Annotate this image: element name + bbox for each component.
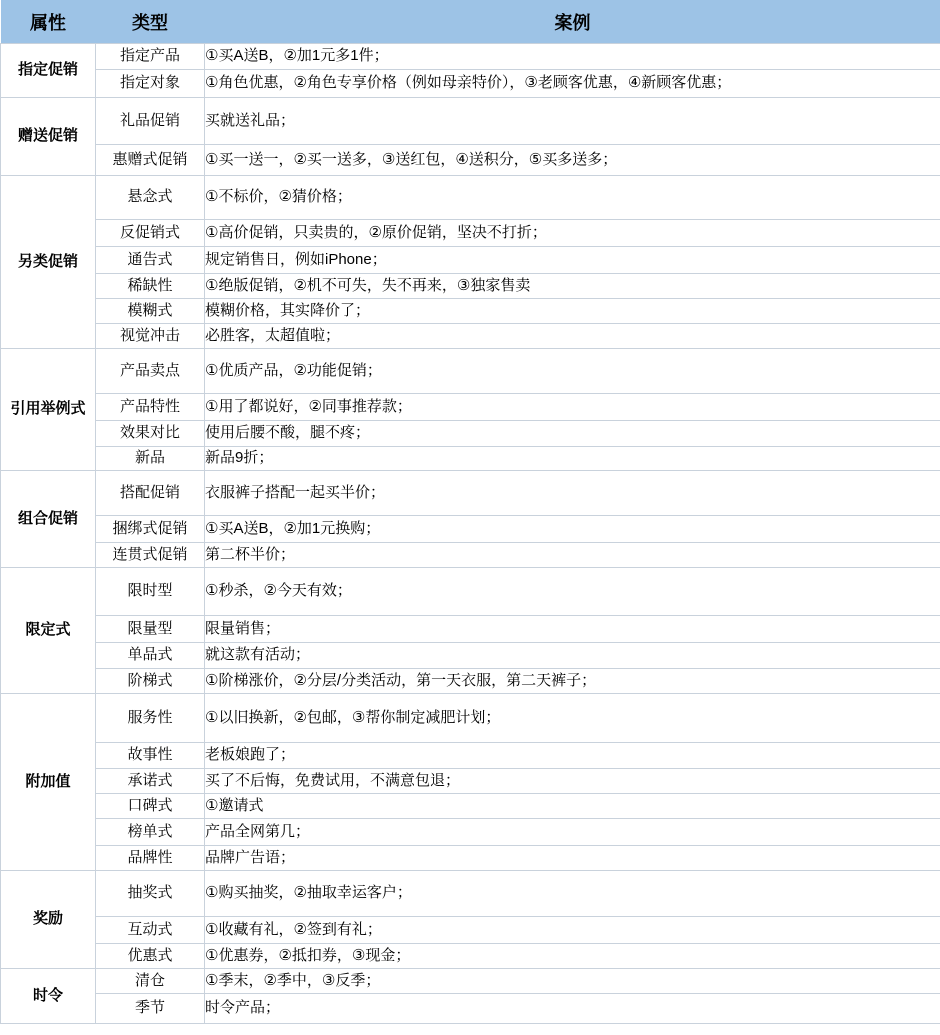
table-row: 惠赠式促销①买一送一，②买一送多，③送红包，④送积分，⑤买多送多； [1, 145, 940, 176]
type-cell: 连贯式促销 [96, 543, 205, 568]
case-cell: 新品9折； [205, 447, 940, 471]
case-cell: ①优质产品，②功能促销； [205, 349, 940, 394]
table-row: 另类促销悬念式①不标价，②猜价格； [1, 176, 940, 220]
case-cell: ①用了都说好，②同事推荐款； [205, 394, 940, 421]
attribute-cell: 奖励 [1, 871, 96, 969]
type-cell: 清仓 [96, 969, 205, 994]
case-cell: 使用后腰不酸，腿不疼； [205, 421, 940, 447]
table-row: 指定对象①角色优惠，②角色专享价格（例如母亲特价），③老顾客优惠，④新顾客优惠； [1, 70, 940, 98]
case-cell: ①绝版促销，②机不可失，失不再来，③独家售卖 [205, 274, 940, 299]
attribute-cell: 限定式 [1, 568, 96, 694]
case-cell: 规定销售日，例如iPhone； [205, 247, 940, 274]
table-row: 新品新品9折； [1, 447, 940, 471]
attribute-cell: 组合促销 [1, 471, 96, 568]
type-cell: 效果对比 [96, 421, 205, 447]
table-row: 引用举例式产品卖点①优质产品，②功能促销； [1, 349, 940, 394]
case-cell: 必胜客，太超值啦； [205, 324, 940, 349]
table-row: 视觉冲击必胜客，太超值啦； [1, 324, 940, 349]
case-cell: ①收藏有礼，②签到有礼； [205, 917, 940, 944]
type-cell: 榜单式 [96, 819, 205, 846]
case-cell: ①以旧换新，②包邮，③帮你制定减肥计划； [205, 694, 940, 743]
table-row: 稀缺性①绝版促销，②机不可失，失不再来，③独家售卖 [1, 274, 940, 299]
table-row: 产品特性①用了都说好，②同事推荐款； [1, 394, 940, 421]
type-cell: 产品特性 [96, 394, 205, 421]
table-row: 附加值服务性①以旧换新，②包邮，③帮你制定减肥计划； [1, 694, 940, 743]
table-row: 通告式规定销售日，例如iPhone； [1, 247, 940, 274]
table-row: 捆绑式促销①买A送B，②加1元换购； [1, 516, 940, 543]
attribute-cell: 另类促销 [1, 176, 96, 349]
table-row: 效果对比使用后腰不酸，腿不疼； [1, 421, 940, 447]
table-row: 奖励抽奖式①购买抽奖，②抽取幸运客户； [1, 871, 940, 917]
case-cell: ①角色优惠，②角色专享价格（例如母亲特价），③老顾客优惠，④新顾客优惠； [205, 70, 940, 98]
table-row: 限量型限量销售； [1, 616, 940, 643]
type-cell: 惠赠式促销 [96, 145, 205, 176]
type-cell: 指定产品 [96, 44, 205, 70]
case-cell: ①高价促销，只卖贵的，②原价促销，坚决不打折； [205, 220, 940, 247]
type-cell: 捆绑式促销 [96, 516, 205, 543]
type-cell: 承诺式 [96, 769, 205, 794]
case-cell: 衣服裤子搭配一起买半价； [205, 471, 940, 516]
table-row: 指定促销指定产品①买A送B，②加1元多1件； [1, 44, 940, 70]
column-header-attribute: 属性 [1, 0, 96, 44]
case-cell: 买就送礼品； [205, 98, 940, 145]
type-cell: 稀缺性 [96, 274, 205, 299]
type-cell: 故事性 [96, 743, 205, 769]
type-cell: 反促销式 [96, 220, 205, 247]
table-row: 口碑式①邀请式 [1, 794, 940, 819]
attribute-cell: 指定促销 [1, 44, 96, 98]
table-row: 组合促销搭配促销衣服裤子搭配一起买半价； [1, 471, 940, 516]
attribute-cell: 时令 [1, 969, 96, 1024]
table-row: 限定式限时型①秒杀，②今天有效； [1, 568, 940, 616]
promotion-table-page: 属性 类型 案例 指定促销指定产品①买A送B，②加1元多1件；指定对象①角色优惠… [0, 0, 940, 1035]
table-row: 榜单式产品全网第几； [1, 819, 940, 846]
type-cell: 礼品促销 [96, 98, 205, 145]
case-cell: ①购买抽奖，②抽取幸运客户； [205, 871, 940, 917]
table-row: 连贯式促销第二杯半价； [1, 543, 940, 568]
case-cell: 老板娘跑了； [205, 743, 940, 769]
table-row: 季节时令产品； [1, 994, 940, 1024]
table-row: 模糊式模糊价格，其实降价了； [1, 299, 940, 324]
column-header-type: 类型 [96, 0, 205, 44]
type-cell: 服务性 [96, 694, 205, 743]
attribute-cell: 引用举例式 [1, 349, 96, 471]
header-row: 属性 类型 案例 [1, 0, 940, 44]
type-cell: 新品 [96, 447, 205, 471]
type-cell: 模糊式 [96, 299, 205, 324]
type-cell: 抽奖式 [96, 871, 205, 917]
case-cell: ①季末，②季中，③反季； [205, 969, 940, 994]
case-cell: ①邀请式 [205, 794, 940, 819]
case-cell: 买了不后悔，免费试用，不满意包退； [205, 769, 940, 794]
table-row: 故事性老板娘跑了； [1, 743, 940, 769]
type-cell: 口碑式 [96, 794, 205, 819]
type-cell: 通告式 [96, 247, 205, 274]
type-cell: 优惠式 [96, 944, 205, 969]
type-cell: 单品式 [96, 643, 205, 669]
case-cell: ①买A送B，②加1元多1件； [205, 44, 940, 70]
table-row: 时令清仓①季末，②季中，③反季； [1, 969, 940, 994]
case-cell: 产品全网第几； [205, 819, 940, 846]
column-header-case: 案例 [205, 0, 940, 44]
type-cell: 互动式 [96, 917, 205, 944]
case-cell: ①阶梯涨价，②分层/分类活动，第一天衣服，第二天裤子； [205, 669, 940, 694]
case-cell: ①买一送一，②买一送多，③送红包，④送积分，⑤买多送多； [205, 145, 940, 176]
attribute-cell: 赠送促销 [1, 98, 96, 176]
type-cell: 搭配促销 [96, 471, 205, 516]
type-cell: 指定对象 [96, 70, 205, 98]
case-cell: ①优惠券，②抵扣券，③现金； [205, 944, 940, 969]
type-cell: 悬念式 [96, 176, 205, 220]
attribute-cell: 附加值 [1, 694, 96, 871]
case-cell: ①买A送B，②加1元换购； [205, 516, 940, 543]
table-row: 单品式就这款有活动； [1, 643, 940, 669]
promotion-table: 属性 类型 案例 指定促销指定产品①买A送B，②加1元多1件；指定对象①角色优惠… [0, 0, 940, 1024]
type-cell: 品牌性 [96, 846, 205, 871]
case-cell: 品牌广告语； [205, 846, 940, 871]
table-row: 品牌性品牌广告语； [1, 846, 940, 871]
table-row: 承诺式买了不后悔，免费试用，不满意包退； [1, 769, 940, 794]
table-row: 互动式①收藏有礼，②签到有礼； [1, 917, 940, 944]
table-row: 赠送促销礼品促销买就送礼品； [1, 98, 940, 145]
type-cell: 视觉冲击 [96, 324, 205, 349]
type-cell: 阶梯式 [96, 669, 205, 694]
case-cell: 第二杯半价； [205, 543, 940, 568]
case-cell: 就这款有活动； [205, 643, 940, 669]
case-cell: 限量销售； [205, 616, 940, 643]
table-row: 阶梯式①阶梯涨价，②分层/分类活动，第一天衣服，第二天裤子； [1, 669, 940, 694]
type-cell: 产品卖点 [96, 349, 205, 394]
type-cell: 季节 [96, 994, 205, 1024]
table-row: 优惠式①优惠券，②抵扣券，③现金； [1, 944, 940, 969]
case-cell: 模糊价格，其实降价了； [205, 299, 940, 324]
type-cell: 限时型 [96, 568, 205, 616]
case-cell: 时令产品； [205, 994, 940, 1024]
case-cell: ①秒杀，②今天有效； [205, 568, 940, 616]
type-cell: 限量型 [96, 616, 205, 643]
table-row: 反促销式①高价促销，只卖贵的，②原价促销，坚决不打折； [1, 220, 940, 247]
case-cell: ①不标价，②猜价格； [205, 176, 940, 220]
